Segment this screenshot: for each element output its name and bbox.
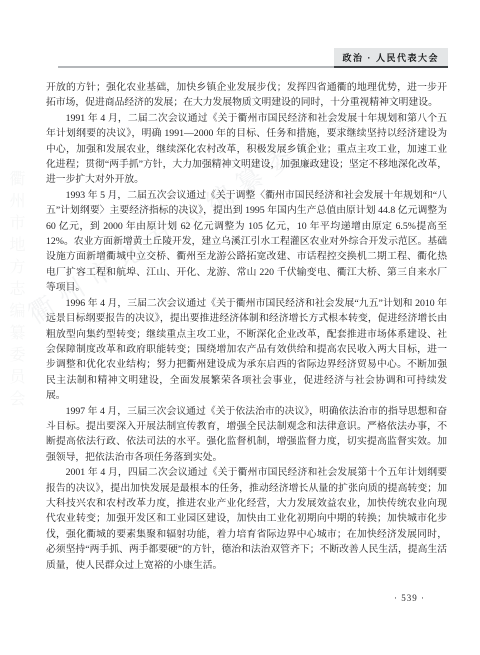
body-text: 开放的方针；强化农业基础，加快乡镇企业发展步伐；发挥四省通衢的地理优势，进一步开… — [46, 80, 447, 573]
watermark-vertical: 衢州市地方志编纂委员会 — [4, 170, 27, 490]
paragraph-1993: 1993 年 5 月，二届五次会议通过《关于调整〈衢州市国民经济和社会发展十年规… — [46, 188, 447, 296]
page-number: · 539 · — [394, 593, 425, 603]
paragraph-1997: 1997 年 4 月，三届三次会议通过《关于依法治市的决议》，明确依法治市的指导… — [46, 404, 447, 466]
page-header: 政治 · 人民代表大会 — [58, 51, 448, 68]
document-page: 衢州市地方志编纂委员会 衢州市地方志编纂委员会 政治 · 人民代表大会 开放的方… — [0, 0, 480, 655]
paragraph-1991: 1991 年 4 月，二届二次会议通过《关于衢州市国民经济和社会发展十年规划和第… — [46, 111, 447, 188]
section-badge: 政治 · 人民代表大会 — [334, 48, 449, 68]
paragraph-2001: 2001 年 4 月，四届二次会议通过《关于衢州市国民经济和社会发展第十个五年计… — [46, 465, 447, 573]
paragraph-continuation: 开放的方针；强化农业基础，加快乡镇企业发展步伐；发挥四省通衢的地理优势，进一步开… — [46, 80, 447, 111]
paragraph-1996: 1996 年 4 月，三届二次会议通过《关于衢州市国民经济和社会发展“九五”计划… — [46, 296, 447, 404]
